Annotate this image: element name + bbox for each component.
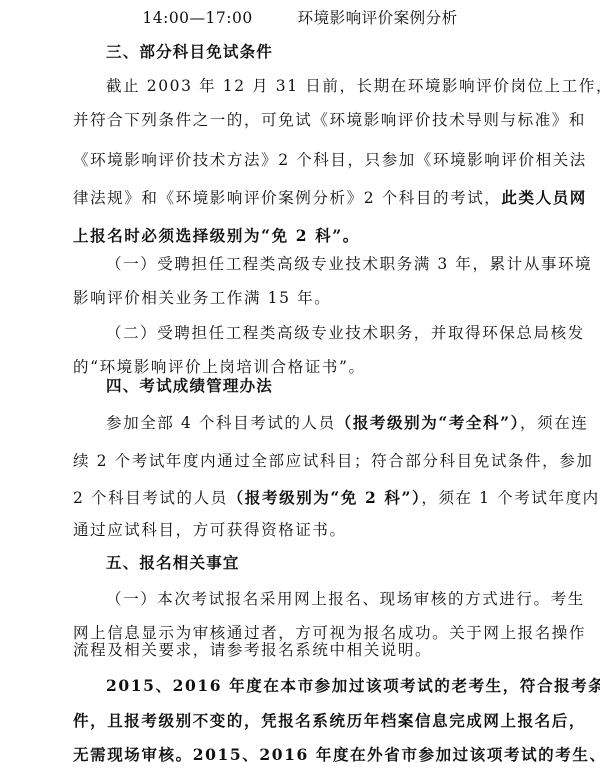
section-4-para-line-3: 2 个科目考试的人员（报考级别为“免 2 科”），须在 1 个考试年度内 [73,488,533,508]
section-4-para-line-4: 通过应试科目，方可获得资格证书。 [73,520,533,540]
section-3-item-1-line-1: （一）受聘担任工程类高级专业技术职务满 3 年，累计从事环境 [106,254,533,274]
section-3-item-2-line-1: （二）受聘担任工程类高级专业技术职务，并取得环保总局核发 [106,323,533,343]
section-4-para-line-2: 续 2 个考试年度内通过全部应试科目；符合部分科目免试条件，参加 [73,451,533,471]
para-emphasis: （报考级别为“免 2 科”） [228,488,422,507]
section-5-item-1-line-3: 流程及相关要求，请参考报名系统中相关说明。 [73,640,533,660]
schedule-line: 14:00—17:00 环境影响评价案例分析 [0,8,600,28]
para-text: 参加全部 4 个科目考试的人员 [106,414,336,432]
section-3-para-line-1: 截止 2003 年 12 月 31 日前，长期在环境影响评价岗位上工作， [106,76,533,96]
section-5-item-1-line-1: （一）本次考试报名采用网上报名、现场审核的方式进行。考生 [106,589,533,609]
section-3-para-line-4: 律法规》和《环境影响评价案例分析》2 个科目的考试，此类人员网 [73,188,533,208]
para-text: ，须在连 [520,414,588,432]
section-5-heading: 五、报名相关事宜 [106,553,566,573]
section-4-para-line-1: 参加全部 4 个科目考试的人员（报考级别为“考全科”），须在连 [106,413,566,433]
section-3-item-1-line-2: 影响评价相关业务工作满 15 年。 [73,288,533,308]
section-5-bold-para-line-3: 无需现场审核。2015、2016 年度在外省市参加过该项考试的考生、 [73,745,533,765]
para-text: ，须在 1 个考试年度内 [421,489,599,507]
para-emphasis: 此类人员网 [501,188,587,207]
section-3-item-2-line-2: 的“环境影响评价上岗培训合格证书”。 [73,357,533,377]
section-5-bold-para-line-2: 件，且报考级别不变的，凭报名系统历年档案信息完成网上报名后， [73,711,533,731]
document-page: 14:00—17:00 环境影响评价案例分析 三、部分科目免试条件 截止 200… [0,0,600,768]
para-text: 律法规》和《环境影响评价案例分析》2 个科目的考试， [73,189,501,207]
section-3-para-line-2: 并符合下列条件之一的，可免试《环境影响评价技术导则与标准》和 [73,110,533,130]
section-3-para-line-3: 《环境影响评价技术方法》2 个科目，只参加《环境影响评价相关法 [73,150,533,170]
schedule-time: 14:00—17:00 [142,9,252,27]
section-5-bold-para-line-1: 2015、2016 年度在本市参加过该项考试的老考生，符合报考条 [106,676,533,696]
section-4-heading: 四、考试成绩管理办法 [106,376,566,396]
para-text: 2 个科目考试的人员 [73,489,228,507]
section-3-heading: 三、部分科目免试条件 [106,42,566,62]
schedule-subject: 环境影响评价案例分析 [298,9,458,27]
section-3-para-line-5: 上报名时必须选择级别为“免 2 科”。 [73,226,533,246]
para-emphasis: （报考级别为“考全科”） [336,413,520,432]
